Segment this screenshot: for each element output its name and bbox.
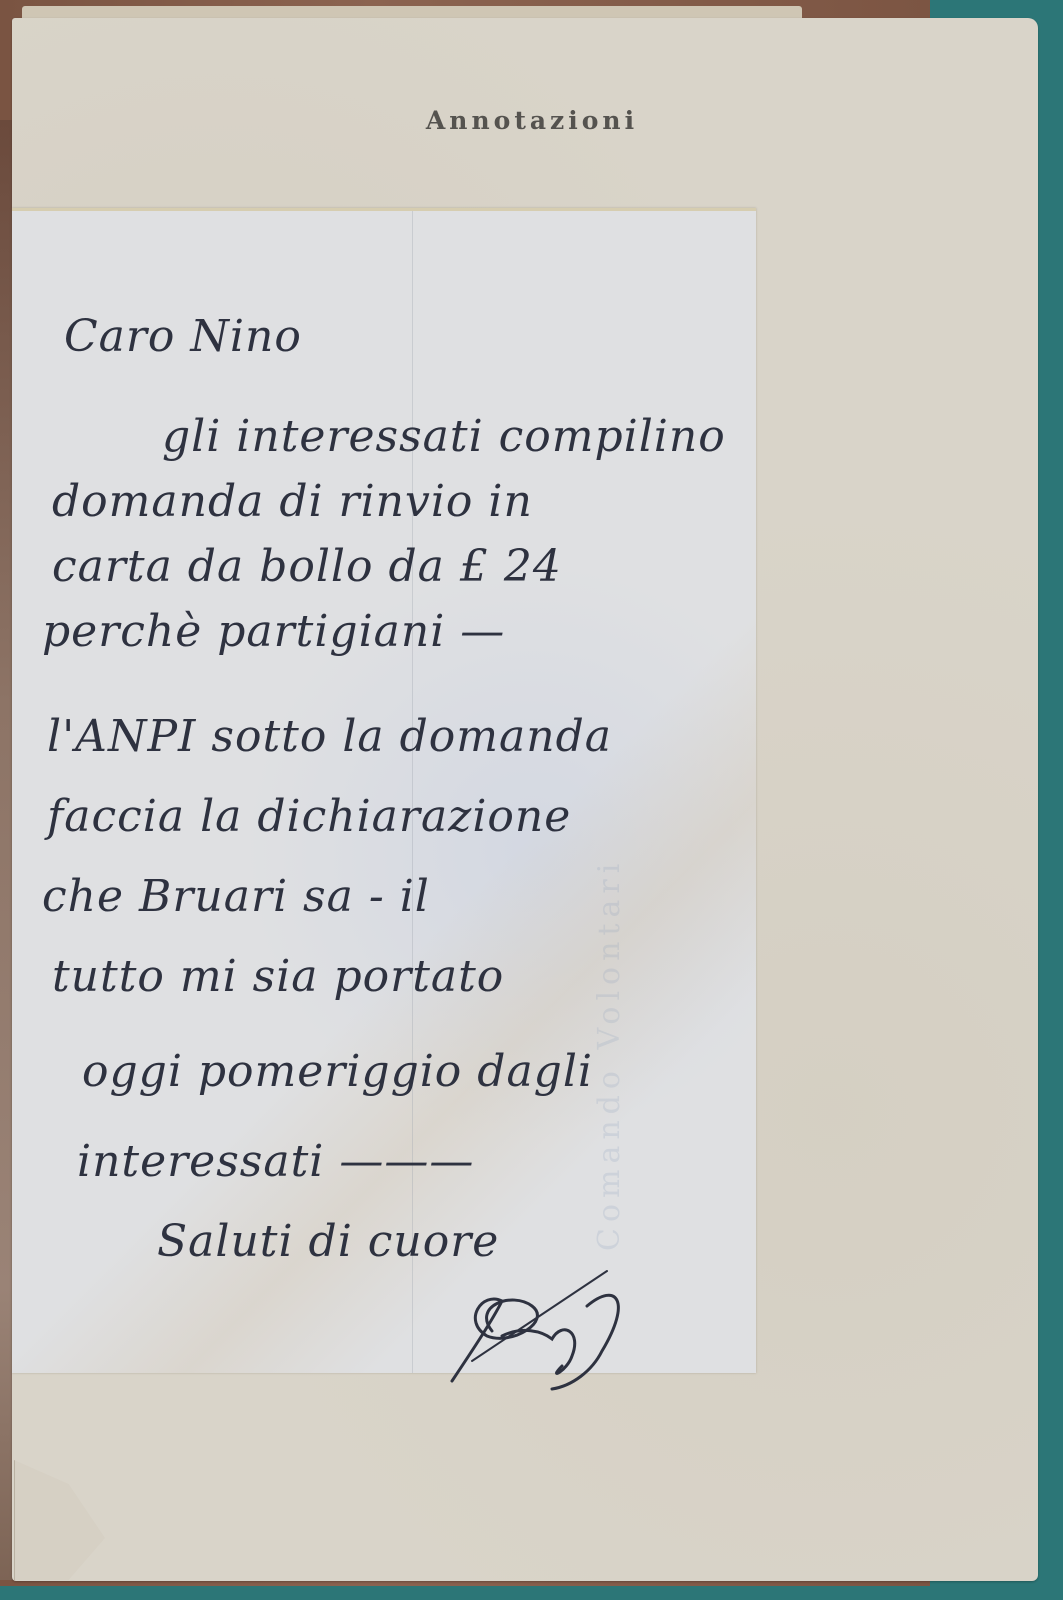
letter-line: gli interessati compilino bbox=[162, 411, 726, 462]
signature-scribble-icon bbox=[432, 1261, 642, 1391]
letter-line: l'ANPI sotto la domanda bbox=[47, 711, 612, 762]
letter-line: perchè partigiani — bbox=[42, 606, 505, 657]
letter-line: domanda di rinvio in bbox=[52, 476, 533, 527]
letter-line: faccia la dichiarazione bbox=[47, 791, 571, 842]
letter-line: oggi pomeriggio dagli bbox=[82, 1046, 593, 1097]
letter-line: che Bruari sa - il bbox=[42, 871, 430, 922]
handwritten-letter: Comando Volontari Caro Nino gli interess… bbox=[12, 208, 756, 1373]
letter-line: carta da bollo da £ 24 bbox=[52, 541, 562, 592]
letter-closing: Saluti di cuore bbox=[157, 1216, 499, 1267]
letter-salutation: Caro Nino bbox=[64, 311, 302, 362]
sheet-title: Annotazioni bbox=[392, 106, 672, 135]
letter-line: interessati ——— bbox=[77, 1136, 474, 1187]
letter-line: tutto mi sia portato bbox=[52, 951, 504, 1002]
signature bbox=[432, 1261, 642, 1391]
